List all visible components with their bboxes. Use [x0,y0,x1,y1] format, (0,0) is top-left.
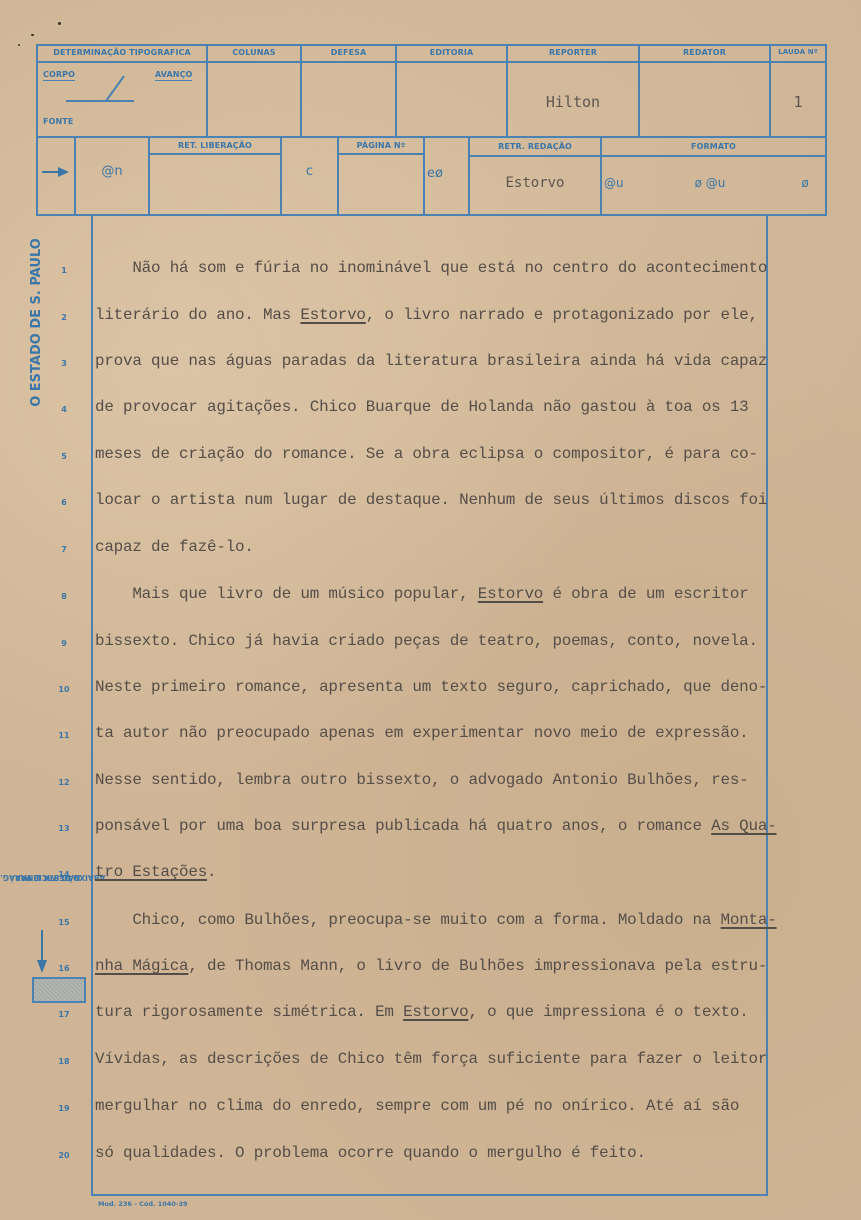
line-number: 18 [52,1057,76,1066]
text-line: de provocar agitações. Chico Buarque de … [95,398,749,416]
label-defesa: DEFESA [302,48,395,57]
text-span: capaz de fazê-lo. [95,538,254,556]
code-eo: eø [410,166,460,181]
line-number: 10 [52,685,76,694]
corpo-avanco-divider-icon [66,72,138,104]
text-span: tura rigorosamente simétrica. Em [95,1003,403,1021]
form-model-code: Mod. 236 - Cód. 1040-39 [98,1200,188,1208]
text-line: tura rigorosamente simétrica. Em Estorvo… [95,1003,749,1021]
paper-speck [18,44,20,46]
text-span: locar o artista num lugar de destaque. N… [95,491,767,509]
text-line: Não há som e fúria no inominável que est… [95,259,767,277]
lauda-value: 1 [771,93,825,111]
text-line: tro Estações. [95,863,216,881]
underlined-title: Estorvo [300,306,365,324]
paragraph-limit-marker [32,977,86,1003]
text-span: , de Thomas Mann, o livro de Bulhões imp… [188,957,767,975]
text-span: ta autor não preocupado apenas em experi… [95,724,749,742]
label-fonte: FONTE [43,117,73,126]
formato-value-3: ø [798,176,812,190]
label-pagina: PÁGINA Nº [339,141,423,150]
formato-value-2: ø @u [690,176,730,190]
underlined-title: Monta- [721,911,777,929]
line-number: 16 [52,964,76,973]
underlined-title: nha Mágica [95,957,188,975]
text-line: prova que nas águas paradas da literatur… [95,352,767,370]
reporter-value: Hilton [508,93,638,111]
line-number: 8 [52,592,76,601]
line-number: 7 [52,545,76,554]
text-line: Mais que livro de um músico popular, Est… [95,585,749,603]
text-span: meses de criação do romance. Se a obra e… [95,445,758,463]
label-editoria: EDITORIA [397,48,506,57]
label-avanco: AVANÇO [155,70,192,81]
text-span: Chico, como Bulhões, preocupa-se muito c… [95,911,721,929]
arrow-down-icon [36,930,48,974]
text-span: Não há som e fúria no inominável que est… [95,259,767,277]
line-number: 3 [52,359,76,368]
text-line: meses de criação do romance. Se a obra e… [95,445,758,463]
line-number: 4 [52,405,76,414]
underlined-title: As Qua- [711,817,776,835]
formato-value-1: @u [604,176,628,190]
paper-speck [58,22,61,25]
text-line: Vívidas, as descrições de Chico têm forç… [95,1050,767,1068]
line-number: 1 [52,266,76,275]
text-line: ta autor não preocupado apenas em experi… [95,724,749,742]
retr-redacao-value: Estorvo [470,175,600,191]
label-determinacao-tipografica: DETERMINAÇÃO TIPOGRAFICA [38,48,206,57]
label-redator: REDATOR [640,48,769,57]
line-number: 19 [52,1104,76,1113]
text-span: Nesse sentido, lembra outro bissexto, o … [95,771,749,789]
text-line: Chico, como Bulhões, preocupa-se muito c… [95,911,777,929]
text-line: nha Mágica, de Thomas Mann, o livro de B… [95,957,767,975]
underlined-title: Estorvo [403,1003,468,1021]
line-number: 12 [52,778,76,787]
label-formato: FORMATO [602,142,825,151]
line-number: 17 [52,1010,76,1019]
text-span: . [207,863,216,881]
paper-speck [31,34,34,36]
line-number: 6 [52,498,76,507]
text-span: , o que impressiona é o texto. [468,1003,748,1021]
text-span: Neste primeiro romance, apresenta um tex… [95,678,767,696]
line-number: 20 [52,1151,76,1160]
text-line: capaz de fazê-lo. [95,538,254,556]
line-number: 5 [52,452,76,461]
label-lauda: LAUDA Nº [771,48,825,56]
underlined-title: Estorvo [478,585,543,603]
label-ret-liberacao: RET. LIBERAÇÃO [150,141,280,150]
paragraph-warning: NÃO INICIE PARÁG.ABAIXO DESTA LINHA [28,822,72,932]
text-line: só qualidades. O problema ocorre quando … [95,1144,646,1162]
text-line: Nesse sentido, lembra outro bissexto, o … [95,771,749,789]
newspaper-title: O ESTADO DE S. PAULO [22,232,50,412]
text-line: Neste primeiro romance, apresenta um tex… [95,678,767,696]
label-colunas: COLUNAS [208,48,300,57]
text-span: Mais que livro de um músico popular, [95,585,478,603]
line-number: 9 [52,639,76,648]
text-span: , o livro narrado e protagonizado por el… [366,306,758,324]
text-line: locar o artista num lugar de destaque. N… [95,491,767,509]
label-reporter: REPORTER [508,48,638,57]
text-span: ponsável por uma boa surpresa publicada … [95,817,711,835]
arrow-right-icon [42,166,70,178]
line-number: 11 [52,731,76,740]
label-retr-redacao: RETR. REDAÇÃO [470,142,600,151]
underlined-title: tro Estações [95,863,207,881]
text-span: bissexto. Chico já havia criado peças de… [95,632,758,650]
text-span: mergulhar no clima do enredo, sempre com… [95,1097,739,1115]
line-number: 2 [52,313,76,322]
code-c: c [282,164,337,179]
text-line: bissexto. Chico já havia criado peças de… [95,632,758,650]
text-line: mergulhar no clima do enredo, sempre com… [95,1097,739,1115]
text-line: literário do ano. Mas Estorvo, o livro n… [95,306,758,324]
text-span: é obra de um escritor [543,585,748,603]
text-span: literário do ano. Mas [95,306,300,324]
text-span: só qualidades. O problema ocorre quando … [95,1144,646,1162]
code-an: @n [76,164,148,179]
text-line: ponsável por uma boa surpresa publicada … [95,817,777,835]
text-span: de provocar agitações. Chico Buarque de … [95,398,749,416]
text-span: Vívidas, as descrições de Chico têm forç… [95,1050,767,1068]
text-span: prova que nas águas paradas da literatur… [95,352,767,370]
